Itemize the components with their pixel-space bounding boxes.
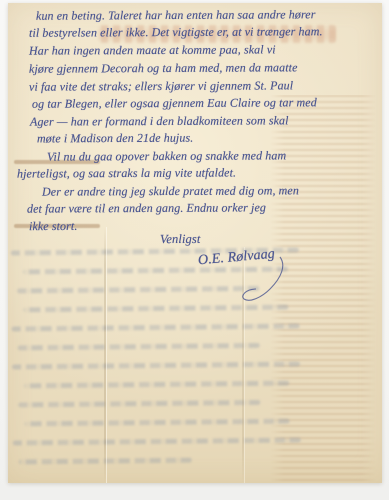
bleedthrough-handwriting-line bbox=[12, 361, 300, 369]
letter-line: vi faa vite det straks; ellers kjører vi… bbox=[29, 78, 293, 94]
letter-line: møte i Madison den 21de hujus. bbox=[37, 131, 193, 147]
letter-line: ikke stort. bbox=[29, 219, 77, 234]
bleedthrough-handwriting-line bbox=[12, 323, 300, 331]
bleedthrough-handwriting-line bbox=[24, 419, 289, 427]
closing-valediction: Venligst bbox=[160, 232, 200, 247]
signature-flourish-stroke bbox=[236, 255, 300, 309]
photo-background: kun en beting. Taleret har han enten han… bbox=[0, 0, 389, 500]
letter-line: hjerteligst, og saa straks la mig vite u… bbox=[17, 165, 236, 181]
bleedthrough-handwriting-line bbox=[18, 343, 260, 351]
letter-line: Ager — han er formand i den bladkomiteen… bbox=[30, 113, 289, 129]
bleedthrough-handwriting-line bbox=[17, 286, 259, 294]
letter-line: Vil nu du gaa opover bakken og snakke me… bbox=[47, 148, 286, 164]
letter-page: kun en beting. Taleret har han enten han… bbox=[8, 3, 382, 483]
bleedthrough-handwriting-line bbox=[24, 381, 289, 389]
letter-line: til bestyrelsen eller ikke. Det vigtigst… bbox=[29, 24, 323, 41]
bleedthrough-handwriting-line bbox=[13, 437, 301, 445]
letter-line: kjøre gjennem Decorah og ta ham med, men… bbox=[29, 60, 298, 76]
letter-line: og tar Blegen, eller ogsaa gjennem Eau C… bbox=[32, 95, 317, 111]
letter-line: kun en beting. Taleret har han enten han… bbox=[36, 7, 316, 23]
bleedthrough-handwriting-line bbox=[18, 400, 260, 408]
letter-line: det faar være til en anden gang. Endnu o… bbox=[27, 200, 266, 216]
fold-crease bbox=[104, 227, 106, 483]
letter-line: Har han ingen anden maate at komme paa, … bbox=[29, 42, 276, 58]
letter-line: Der er andre ting jeg skulde pratet med … bbox=[42, 183, 299, 199]
